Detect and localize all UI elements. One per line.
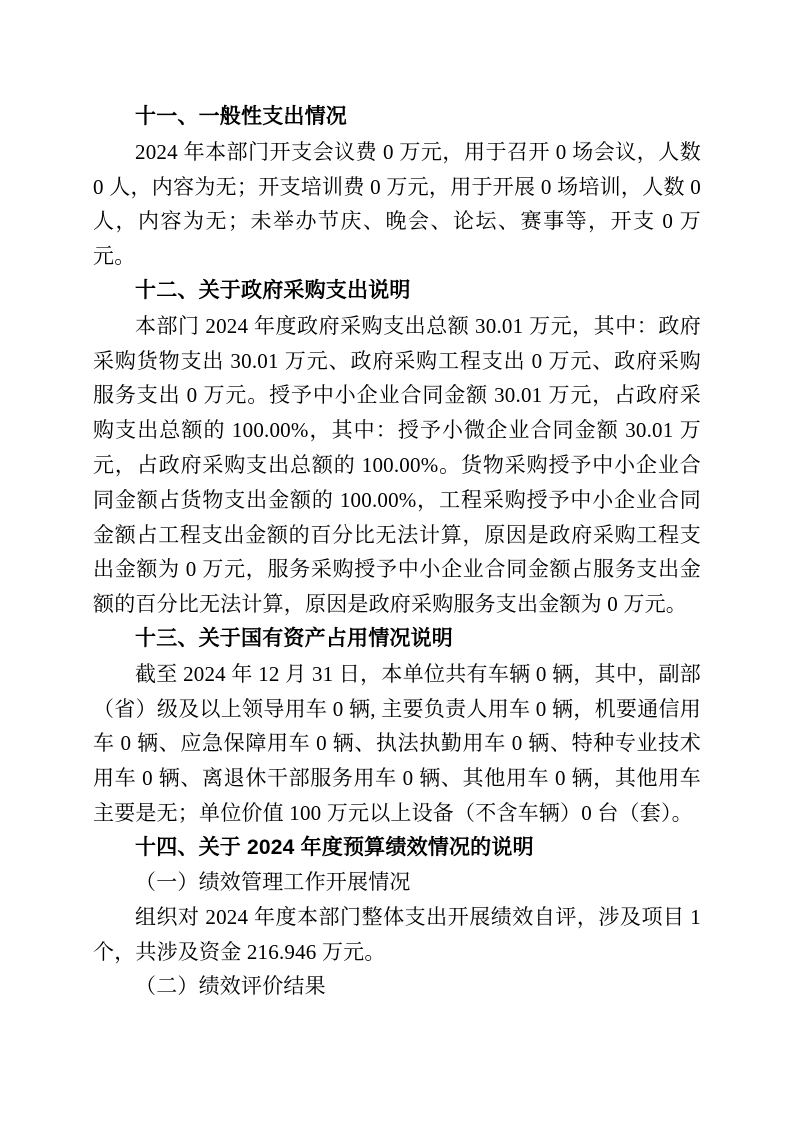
section-12-paragraph: 本部门 2024 年度政府采购支出总额 30.01 万元，其中：政府采购货物支出… [93, 309, 701, 622]
section-14-subheading-2: （二）绩效评价结果 [93, 970, 701, 1005]
section-14-subheading-1: （一）绩效管理工作开展情况 [93, 866, 701, 901]
section-14-paragraph: 组织对 2024 年度本部门整体支出开展绩效自评，涉及项目 1 个，共涉及资金 … [93, 900, 701, 970]
section-heading-13: 十三、关于国有资产占用情况说明 [93, 622, 701, 657]
section-heading-11: 十一、一般性支出情况 [93, 100, 701, 135]
section-11-paragraph: 2024 年本部门开支会议费 0 万元，用于召开 0 场会议，人数 0 人，内容… [93, 135, 701, 274]
section-heading-14: 十四、关于 2024 年度预算绩效情况的说明 [93, 831, 701, 866]
document-content: 十一、一般性支出情况 2024 年本部门开支会议费 0 万元，用于召开 0 场会… [93, 100, 701, 1005]
document-page: 十一、一般性支出情况 2024 年本部门开支会议费 0 万元，用于召开 0 场会… [0, 0, 793, 1122]
section-heading-12: 十二、关于政府采购支出说明 [93, 274, 701, 309]
section-13-paragraph: 截至 2024 年 12 月 31 日，本单位共有车辆 0 辆，其中，副部（省）… [93, 657, 701, 831]
